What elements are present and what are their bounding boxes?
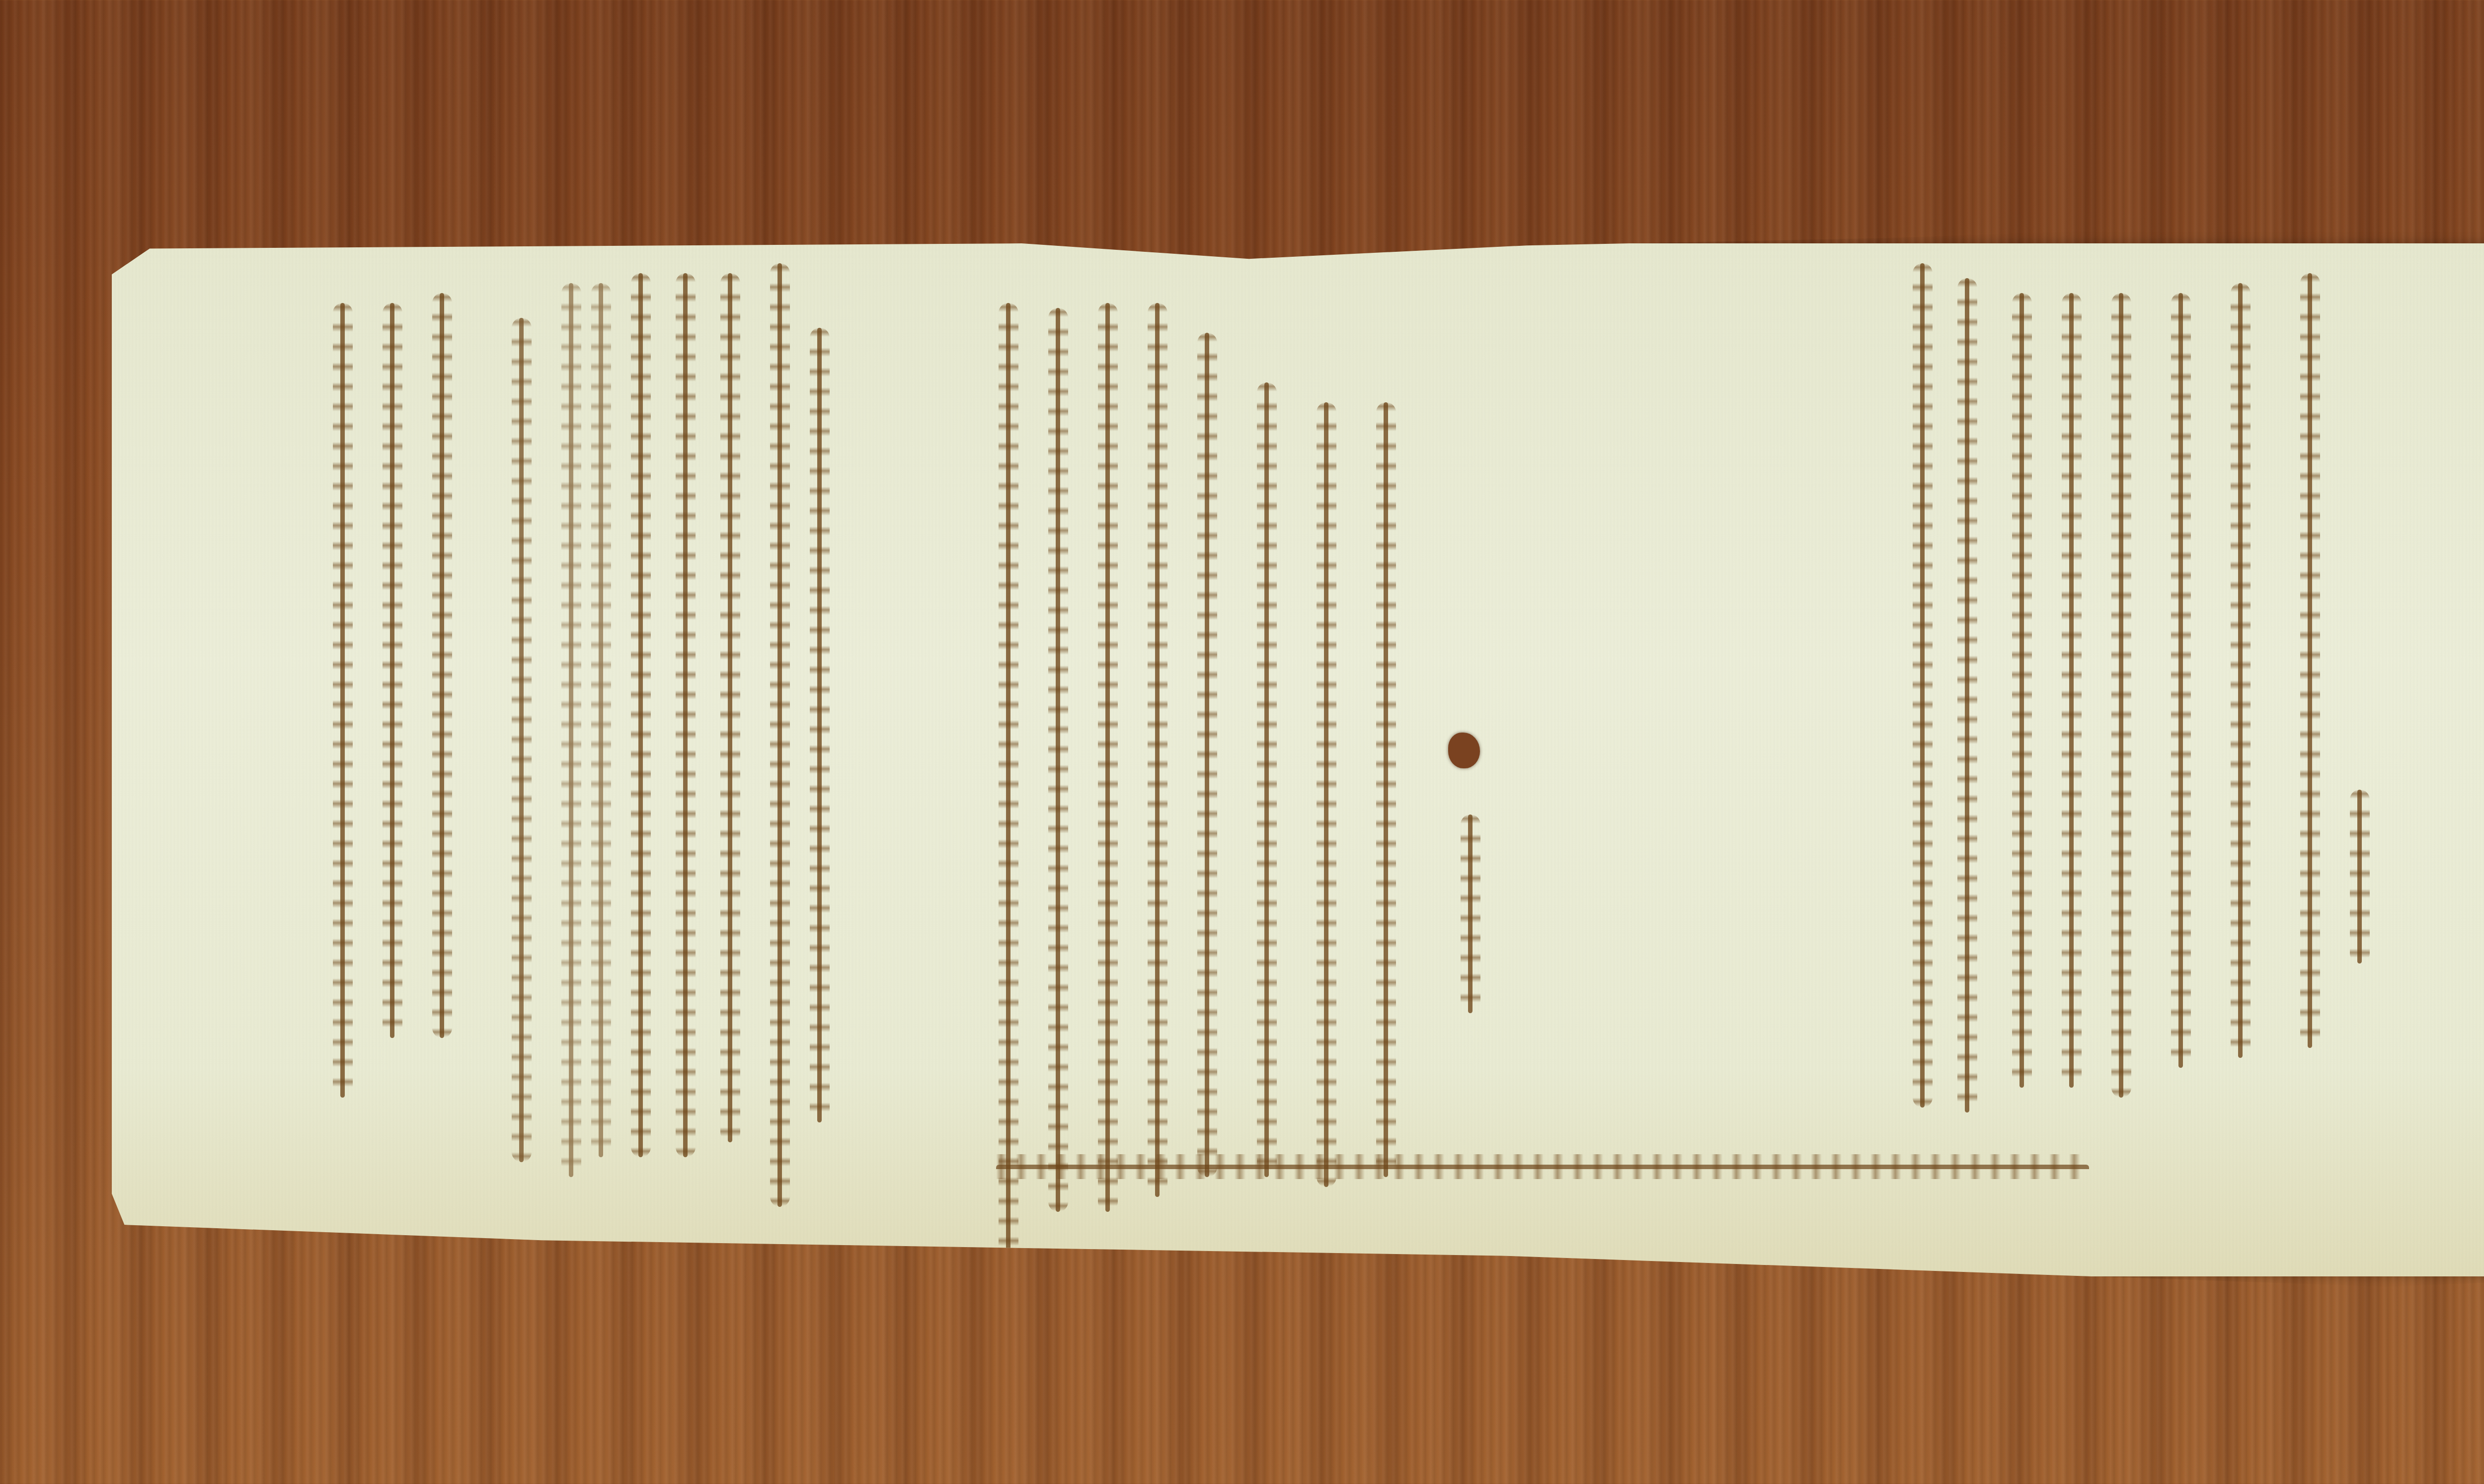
- handwritten-line: [2119, 293, 2123, 1098]
- handwritten-line: [1205, 333, 1209, 1177]
- manuscript-sheet: cursive handwriting (illegible at this r…: [112, 243, 2484, 1276]
- paper-hole: [1448, 733, 1480, 768]
- handwritten-line: [340, 303, 345, 1098]
- handwritten-line: [2019, 293, 2024, 1088]
- handwritten-line: [728, 273, 732, 1142]
- handwritten-line: [2357, 790, 2362, 964]
- handwritten-line: [440, 293, 444, 1038]
- handwritten-line: [1384, 402, 1388, 1177]
- handwritten-line: [569, 283, 573, 1177]
- handwritten-line: [777, 263, 782, 1207]
- text-block-center-left: [499, 243, 996, 1276]
- handwritten-line: [2238, 283, 2243, 1058]
- handwritten-line: [2069, 293, 2074, 1088]
- handwritten-line: [1006, 303, 1010, 1257]
- handwritten-line: [1264, 382, 1269, 1177]
- handwritten-line: [1056, 308, 1060, 1212]
- handwritten-line: [1324, 402, 1328, 1187]
- handwritten-line: [817, 328, 822, 1122]
- handwritten-line: [390, 303, 394, 1038]
- margin-annotation: [996, 1165, 2089, 1174]
- handwritten-line: [2178, 293, 2183, 1068]
- handwritten-line: [1105, 303, 1110, 1212]
- handwritten-line: [519, 318, 524, 1162]
- text-block-center: [1006, 243, 1726, 1276]
- handwritten-line: [1468, 815, 1473, 1013]
- text-block-right: [1920, 243, 2484, 1276]
- handwritten-line: [2308, 273, 2312, 1048]
- document-script: cursive handwriting (illegible at this r…: [112, 243, 112, 244]
- handwritten-line: [683, 273, 688, 1157]
- handwritten-line: [1965, 278, 1969, 1113]
- handwritten-line: [599, 283, 603, 1157]
- handwritten-line: [1155, 303, 1160, 1197]
- handwritten-line: [638, 273, 643, 1157]
- handwritten-line: [1920, 263, 1925, 1108]
